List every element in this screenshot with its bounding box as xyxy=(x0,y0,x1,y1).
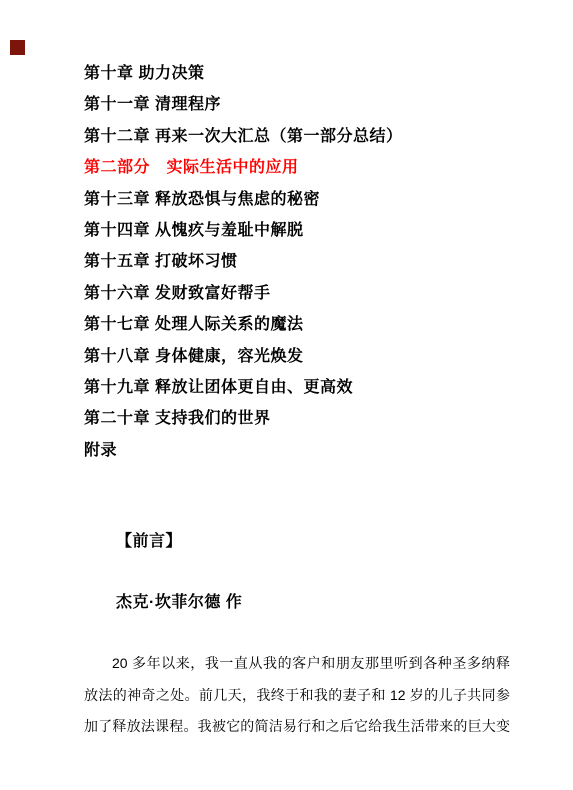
blank-gap xyxy=(84,466,510,526)
toc-chapter-16: 第十六章 发财致富好帮手 xyxy=(84,278,510,309)
toc-chapter-14: 第十四章 从愧疚与羞耻中解脱 xyxy=(84,215,510,246)
table-of-contents: 第十章 助力决策 第十一章 清理程序 第十二章 再来一次大汇总（第一部分总结） … xyxy=(84,58,510,466)
toc-part-2-heading: 第二部分 实际生活中的应用 xyxy=(84,152,510,183)
paragraph-line-2: 放法的神奇之处。前几天，我终于和我的妻子和 12 岁的儿子共同参 xyxy=(84,680,510,711)
preface-heading: 【前言】 xyxy=(84,526,510,557)
toc-chapter-11: 第十一章 清理程序 xyxy=(84,89,510,120)
document-content: 第十章 助力决策 第十一章 清理程序 第十二章 再来一次大汇总（第一部分总结） … xyxy=(84,58,510,742)
toc-chapter-20: 第二十章 支持我们的世界 xyxy=(84,403,510,434)
paragraph-line-1: 20 多年以来，我一直从我的客户和朋友那里听到各种圣多纳释 xyxy=(84,648,510,679)
toc-chapter-13: 第十三章 释放恐惧与焦虑的秘密 xyxy=(84,184,510,215)
blank-gap xyxy=(84,618,510,648)
preface-author: 杰克·坎菲尔德 作 xyxy=(84,587,510,618)
toc-chapter-15: 第十五章 打破坏习惯 xyxy=(84,246,510,277)
toc-chapter-12: 第十二章 再来一次大汇总（第一部分总结） xyxy=(84,121,510,152)
preface-paragraph: 20 多年以来，我一直从我的客户和朋友那里听到各种圣多纳释 放法的神奇之处。前几… xyxy=(84,648,510,742)
toc-appendix: 附录 xyxy=(84,435,510,466)
document-page: 第十章 助力决策 第十一章 清理程序 第十二章 再来一次大汇总（第一部分总结） … xyxy=(0,0,573,790)
toc-chapter-18: 第十八章 身体健康，容光焕发 xyxy=(84,341,510,372)
toc-chapter-10: 第十章 助力决策 xyxy=(84,58,510,89)
toc-chapter-19: 第十九章 释放让团体更自由、更高效 xyxy=(84,372,510,403)
blank-gap xyxy=(84,558,510,587)
red-square-marker xyxy=(10,40,25,55)
toc-chapter-17: 第十七章 处理人际关系的魔法 xyxy=(84,309,510,340)
paragraph-line-3: 加了释放法课程。我被它的简洁易行和之后它给我生活带来的巨大变 xyxy=(84,711,510,742)
